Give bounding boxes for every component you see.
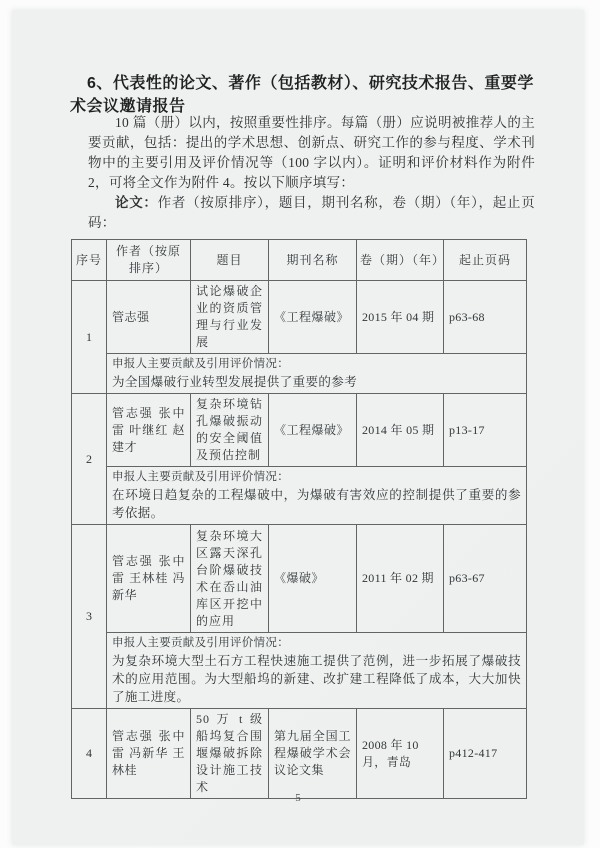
contribution-label: 申报人主要贡献及引用评价情况： bbox=[112, 356, 521, 373]
row-title: 复杂环境钻孔爆破振动的安全阈值及预估控制 bbox=[191, 394, 269, 467]
contribution-row: 申报人主要贡献及引用评价情况： 为复杂环境大型土石方工程快速施工提供了范例，进一… bbox=[72, 633, 527, 709]
page-number: 5 bbox=[12, 792, 584, 804]
row-journal: 《爆破》 bbox=[269, 525, 357, 633]
contribution-row: 申报人主要贡献及引用评价情况： 为全国爆破行业转型发展提供了重要的参考 bbox=[72, 354, 527, 394]
row-authors: 管志强 张中雷 冯新华 王林桂 bbox=[107, 709, 191, 799]
row-title: 复杂环境大区露天深孔台阶爆破技术在岙山油库区开挖中的应用 bbox=[191, 525, 269, 633]
table-row: 1 管志强 试论爆破企业的资质管理与行业发展 《工程爆破》 2015 年 04 … bbox=[72, 281, 527, 354]
intro-paragraph: 10 篇（册）以内，按照重要性排序。每篇（册）应说明被推荐人的主要贡献，包括：提… bbox=[88, 113, 535, 193]
row-pages: p412-417 bbox=[444, 709, 527, 799]
row-journal: 第九届全国工程爆破学术会议论文集 bbox=[269, 709, 357, 799]
row-title: 试论爆破企业的资质管理与行业发展 bbox=[191, 281, 269, 354]
publications-table: 序号 作者（按原排序） 题目 期刊名称 卷（期）（年） 起止页码 1 管志强 试… bbox=[71, 239, 527, 799]
row-journal: 《工程爆破》 bbox=[269, 281, 357, 354]
table-row: 4 管志强 张中雷 冯新华 王林桂 50 万 t 级船坞复合围堰爆破拆除设计施工… bbox=[72, 709, 527, 799]
row-authors: 管志强 bbox=[107, 281, 191, 354]
row-title: 50 万 t 级船坞复合围堰爆破拆除设计施工技术 bbox=[191, 709, 269, 799]
table-header-row: 序号 作者（按原排序） 题目 期刊名称 卷（期）（年） 起止页码 bbox=[72, 240, 527, 281]
row-issue: 2015 年 04 期 bbox=[357, 281, 444, 354]
scanned-document-page: { "page": { "heading": "6、代表性的论文、著作（包括教材… bbox=[0, 0, 600, 848]
row-pages: p63-67 bbox=[444, 525, 527, 633]
row-issue: 2014 年 05 期 bbox=[357, 394, 444, 467]
row-no: 1 bbox=[72, 281, 107, 394]
row-no: 3 bbox=[72, 525, 107, 709]
header-no: 序号 bbox=[72, 240, 107, 281]
format-paragraph: 论文：作者（按原排序），题目，期刊名称，卷（期）（年），起止页码： bbox=[88, 193, 535, 233]
row-authors: 管志强 张中雷 叶继红 赵建才 bbox=[107, 394, 191, 467]
row-pages: p13-17 bbox=[444, 394, 527, 467]
header-pages: 起止页码 bbox=[444, 240, 527, 281]
table-row: 3 管志强 张中雷 王林桂 冯新华 复杂环境大区露天深孔台阶爆破技术在岙山油库区… bbox=[72, 525, 527, 633]
contribution-text: 为全国爆破行业转型发展提供了重要的参考 bbox=[112, 373, 521, 391]
row-issue: 2008 年 10 月，青岛 bbox=[357, 709, 444, 799]
row-issue: 2011 年 02 期 bbox=[357, 525, 444, 633]
contribution-text: 在环境日趋复杂的工程爆破中，为爆破有害效应的控制提供了重要的参考依据。 bbox=[112, 486, 521, 522]
contribution-label: 申报人主要贡献及引用评价情况： bbox=[112, 635, 521, 652]
contribution-row: 申报人主要贡献及引用评价情况： 在环境日趋复杂的工程爆破中，为爆破有害效应的控制… bbox=[72, 467, 527, 525]
section-heading: 6、代表性的论文、著作（包括教材）、研究技术报告、重要学术会议邀请报告 bbox=[70, 72, 540, 118]
contribution-text: 为复杂环境大型土石方工程快速施工提供了范例，进一步拓展了爆破技术的应用范围。为大… bbox=[112, 652, 521, 706]
header-journal: 期刊名称 bbox=[269, 240, 357, 281]
row-no: 2 bbox=[72, 394, 107, 525]
format-label: 论文： bbox=[115, 195, 158, 210]
contribution-label: 申报人主要贡献及引用评价情况： bbox=[112, 469, 521, 486]
header-authors: 作者（按原排序） bbox=[107, 240, 191, 281]
section-body: 10 篇（册）以内，按照重要性排序。每篇（册）应说明被推荐人的主要贡献，包括：提… bbox=[88, 113, 535, 233]
paper-sheet: 6、代表性的论文、著作（包括教材）、研究技术报告、重要学术会议邀请报告 10 篇… bbox=[12, 10, 584, 845]
row-no: 4 bbox=[72, 709, 107, 799]
row-pages: p63-68 bbox=[444, 281, 527, 354]
header-issue: 卷（期）（年） bbox=[357, 240, 444, 281]
table-row: 2 管志强 张中雷 叶继红 赵建才 复杂环境钻孔爆破振动的安全阈值及预估控制 《… bbox=[72, 394, 527, 467]
row-journal: 《工程爆破》 bbox=[269, 394, 357, 467]
header-title: 题目 bbox=[191, 240, 269, 281]
row-authors: 管志强 张中雷 王林桂 冯新华 bbox=[107, 525, 191, 633]
